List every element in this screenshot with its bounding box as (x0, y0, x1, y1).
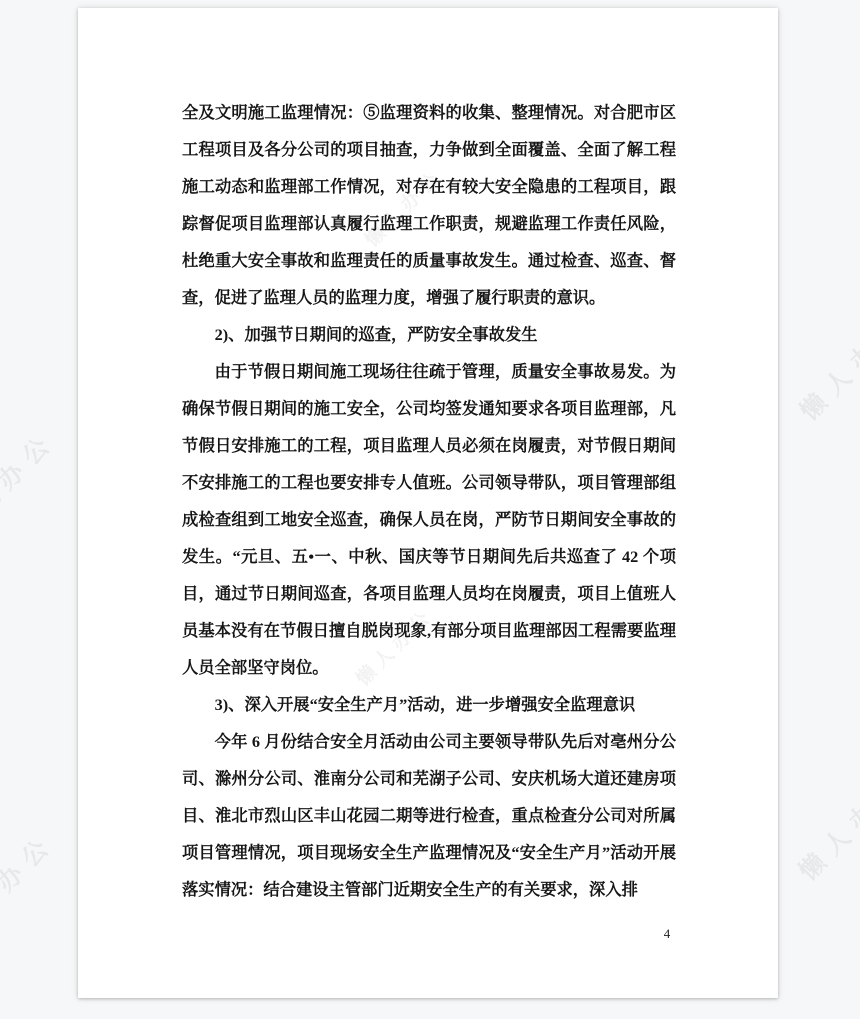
document-page: 全及文明施工监理情况：⑤监理资料的收集、整理情况。对合肥市区工程项目及各分公司的… (78, 8, 778, 998)
paragraph-section-3: 今年 6 月份结合安全月活动由公司主要领导带队先后对亳州分公司、滁州分公司、淮南… (182, 723, 676, 908)
document-content: 全及文明施工监理情况：⑤监理资料的收集、整理情况。对合肥市区工程项目及各分公司的… (182, 94, 676, 908)
watermark: 懒人办公 (790, 763, 860, 887)
paragraph-section-2: 由于节假日期间施工现场往往疏于管理，质量安全事故易发。为确保节假日期间的施工安全… (182, 353, 676, 686)
watermark: 懒人办公 (0, 824, 62, 948)
document-viewer: 全及文明施工监理情况：⑤监理资料的收集、整理情况。对合肥市区工程项目及各分公司的… (0, 0, 860, 1019)
section-heading-2: 2)、加强节日期间的巡查，严防安全事故发生 (182, 316, 676, 353)
page-number: 4 (655, 926, 679, 942)
section-heading-3: 3)、深入开展“安全生产月”活动，进一步增强安全监理意识 (182, 686, 676, 723)
paragraph-continuation: 全及文明施工监理情况：⑤监理资料的收集、整理情况。对合肥市区工程项目及各分公司的… (182, 94, 676, 316)
watermark: 懒人办公 (791, 303, 860, 427)
watermark: 懒人办公 (0, 422, 63, 546)
